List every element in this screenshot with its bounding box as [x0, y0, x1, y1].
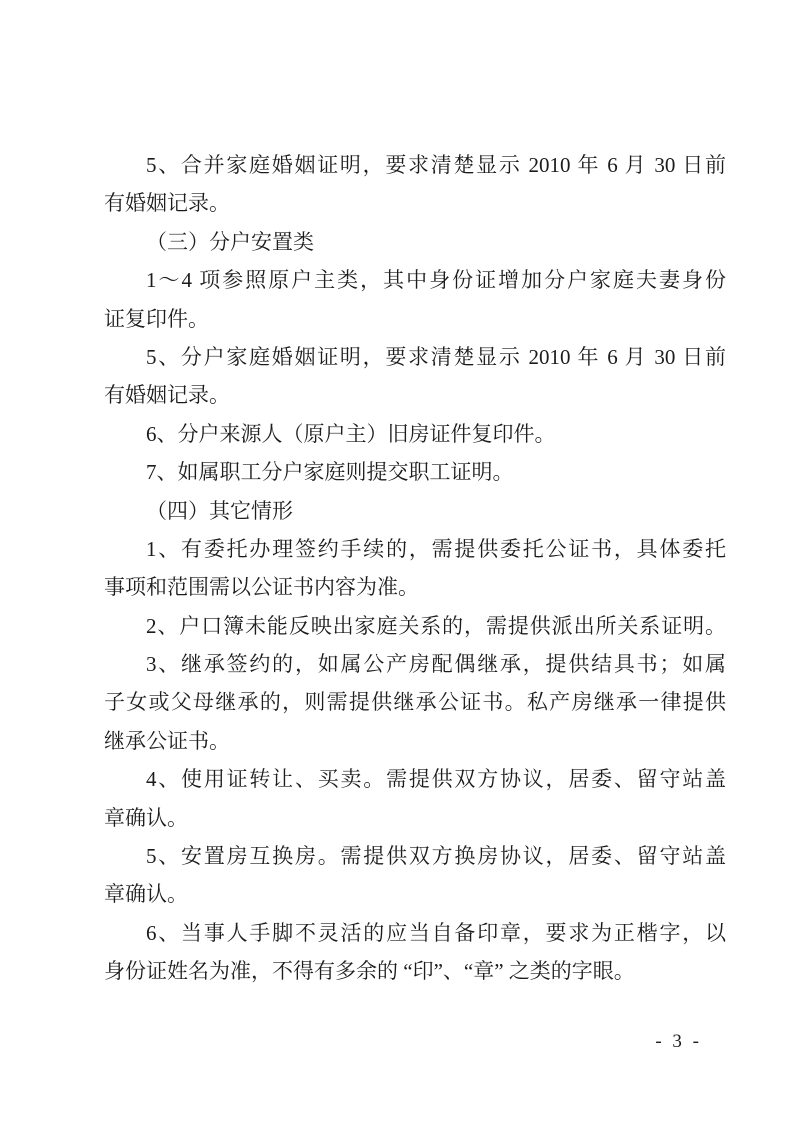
text-line: 章确认。 [104, 799, 726, 837]
text-line: 4、使用证转让、买卖。需提供双方协议，居委、留守站盖 [104, 760, 726, 798]
text-line: 证复印件。 [104, 300, 726, 338]
text-line: 章确认。 [104, 875, 726, 913]
text-line: 3、继承签约的，如属公产房配偶继承，提供结具书；如属 [104, 645, 726, 683]
text-line: 有婚姻记录。 [104, 184, 726, 222]
text-line: 子女或父母继承的，则需提供继承公证书。私产房继承一律提供 [104, 683, 726, 721]
text-line: 有婚姻记录。 [104, 376, 726, 414]
text-line: （四）其它情形 [104, 492, 726, 530]
text-line: 5、安置房互换房。需提供双方换房协议，居委、留守站盖 [104, 837, 726, 875]
text-line: 5、合并家庭婚姻证明，要求清楚显示 2010 年 6 月 30 日前 [104, 146, 726, 184]
document-body: 5、合并家庭婚姻证明，要求清楚显示 2010 年 6 月 30 日前有婚姻记录。… [104, 146, 726, 991]
text-line: 5、分户家庭婚姻证明，要求清楚显示 2010 年 6 月 30 日前 [104, 338, 726, 376]
page-number: - 3 - [655, 1031, 702, 1053]
text-line: 2、户口簿未能反映出家庭关系的，需提供派出所关系证明。 [104, 607, 726, 645]
document-page: 5、合并家庭婚姻证明，要求清楚显示 2010 年 6 月 30 日前有婚姻记录。… [0, 0, 800, 1131]
text-line: 1、有委托办理签约手续的，需提供委托公证书，具体委托 [104, 530, 726, 568]
text-line: 事项和范围需以公证书内容为准。 [104, 568, 726, 606]
text-line: 7、如属职工分户家庭则提交职工证明。 [104, 453, 726, 491]
text-line: 6、当事人手脚不灵活的应当自备印章，要求为正楷字，以 [104, 914, 726, 952]
text-line: 6、分户来源人（原户主）旧房证件复印件。 [104, 415, 726, 453]
text-line: 继承公证书。 [104, 722, 726, 760]
text-line: 身份证姓名为准，不得有多余的 “印”、“章” 之类的字眼。 [104, 952, 726, 990]
text-line: （三）分户安置类 [104, 223, 726, 261]
text-line: 1～4 项参照原户主类，其中身份证增加分户家庭夫妻身份 [104, 261, 726, 299]
